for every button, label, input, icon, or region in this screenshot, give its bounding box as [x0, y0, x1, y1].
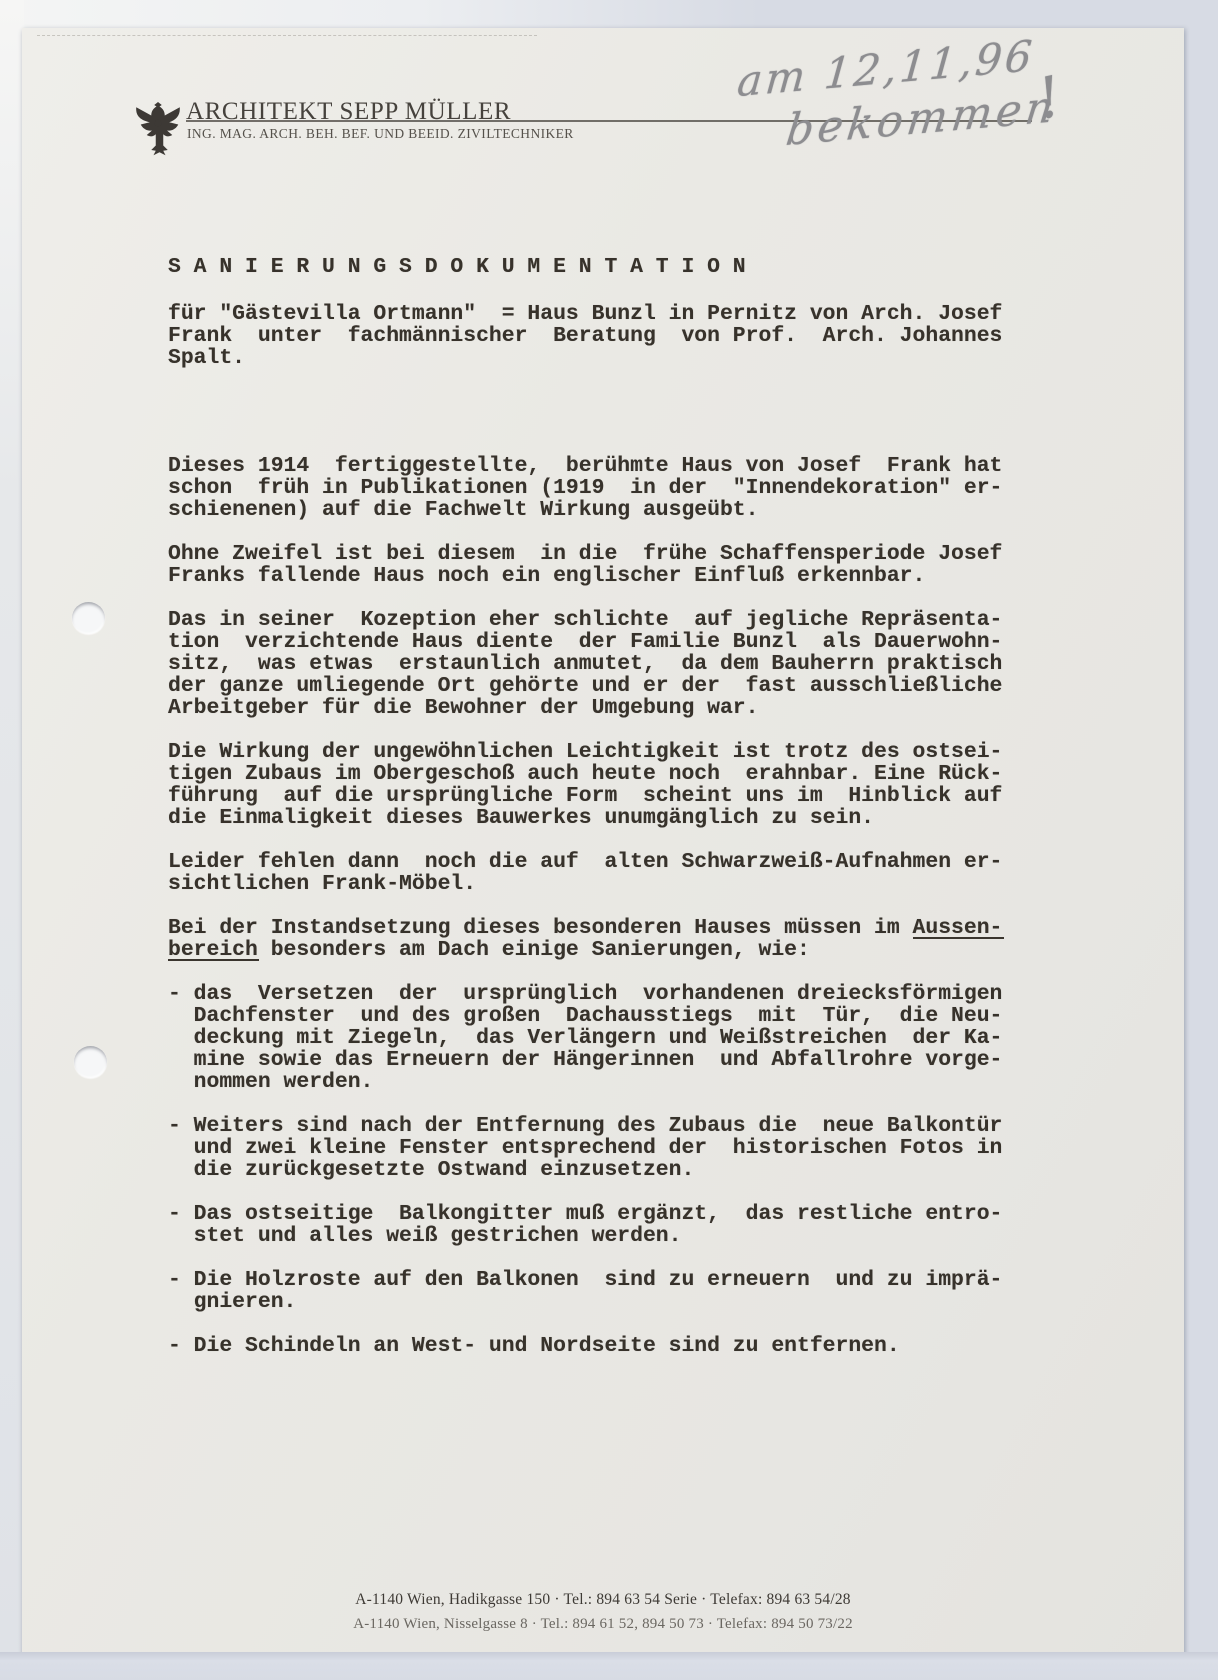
austrian-eagle-icon — [134, 96, 182, 162]
paragraph: Die Wirkung der ungewöhnlichen Leichtigk… — [168, 741, 1048, 829]
underline-aussen — [913, 937, 1004, 939]
paragraph: Bei der Instandsetzung dieses besonderen… — [168, 917, 1048, 961]
bullet-item: - Das ostseitige Balkongitter muß ergänz… — [168, 1203, 1048, 1247]
letterhead-subtitle: ING. MAG. ARCH. BEH. BEF. UND BEEID. ZIV… — [187, 126, 574, 142]
document-title: S A N I E R U N G S D O K U M E N T A T … — [168, 256, 1048, 278]
bullet-item: - Weiters sind nach der Entfernung des Z… — [168, 1115, 1048, 1181]
document-body: S A N I E R U N G S D O K U M E N T A T … — [168, 256, 1048, 1379]
bullet-item: - das Versetzen der ursprünglich vorhand… — [168, 983, 1048, 1093]
paragraph: Das in seiner Kozeption eher schlichte a… — [168, 609, 1048, 719]
paragraph-subject: für "Gästevilla Ortmann" = Haus Bunzl in… — [168, 303, 1048, 369]
footer-address-line2: A-1140 Wien, Nisselgasse 8 · Tel.: 894 6… — [22, 1612, 1184, 1636]
paragraph: Dieses 1914 fertiggestellte, berühmte Ha… — [168, 455, 1048, 521]
paragraph-with-underline: Bei der Instandsetzung dieses besonderen… — [168, 917, 1048, 961]
letterhead-footer: A-1140 Wien, Hadikgasse 150 · Tel.: 894 … — [22, 1588, 1184, 1636]
footer-address-line1: A-1140 Wien, Hadikgasse 150 · Tel.: 894 … — [22, 1588, 1184, 1612]
punch-hole-top — [72, 602, 105, 634]
punch-hole-bottom — [74, 1046, 107, 1078]
paper-bottom-edge — [0, 1652, 1218, 1680]
bullet-item: - Die Holzroste auf den Balkonen sind zu… — [168, 1269, 1048, 1313]
scanner-background-highlight — [0, 0, 760, 30]
document-page: ARCHITEKT SEPP MÜLLER ING. MAG. ARCH. BE… — [22, 28, 1184, 1658]
paragraph: Ohne Zweifel ist bei diesem in die frühe… — [168, 543, 1048, 587]
bullet-item: - Die Schindeln an West- und Nordseite s… — [168, 1335, 1048, 1357]
paragraph: Leider fehlen dann noch die auf alten Sc… — [168, 851, 1048, 895]
perforation-line — [37, 35, 537, 36]
scanner-background-left-edge — [0, 0, 24, 1660]
underline-bereich — [168, 959, 259, 961]
